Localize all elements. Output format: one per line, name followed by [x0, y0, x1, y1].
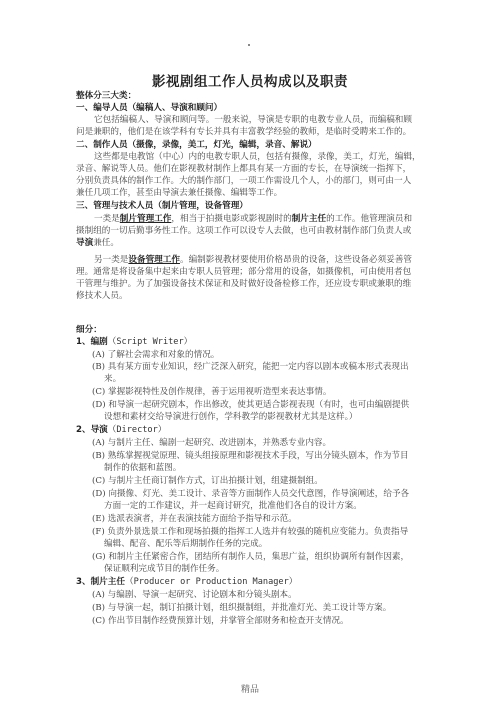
item-marker: (C)	[92, 387, 105, 397]
page-title: 影视剧组工作人员构成以及职责	[76, 70, 424, 90]
bold-term: 导演	[76, 238, 93, 248]
list-item: (D) 和导演一起研究剧本，作出修改，使其更适合影视表现（有时，也可由编剧提供	[92, 400, 409, 411]
paragraph-line: 另一类是设备管理工作。编制影视教材要使用价格昂贵的设备，这些设备必须妥善管	[76, 255, 412, 266]
overview-label: 整体分三大类：	[76, 91, 136, 102]
section-1-heading: 一、编导人员（编稿人、导演和顾问）	[76, 103, 222, 114]
list-item-continuation: 制作的依据和蓝图。	[104, 463, 181, 474]
list-item: (C) 作出节目制作经费预算计划，并掌管全部财务和检查开支情况。	[92, 616, 349, 627]
header-dot	[248, 44, 250, 46]
page-footer: 精品	[0, 682, 500, 695]
list-item: (A) 与编剧、导演一起研究、讨论剧本和分镜头剧本。	[92, 590, 297, 601]
item-marker: (E)	[92, 514, 105, 524]
detail-label: 细分：	[76, 325, 102, 336]
list-item: (C) 与制片主任商订制作方式，订出拍摄计划，组建摄制组。	[92, 476, 323, 487]
item-text: 具有某方面专业知识，经广泛深入研究，能把一定内容以剧本或稿本形式表现出	[108, 362, 409, 372]
item-marker: (C)	[92, 476, 105, 486]
item-marker: (F)	[92, 527, 105, 537]
role-english: （Director）	[108, 425, 167, 435]
paragraph-line: 兼任几项工作，甚至由导演去兼任摄像、编辑等工作。	[76, 188, 282, 199]
item-marker: (B)	[92, 451, 105, 461]
bold-term: 制片主任	[292, 214, 326, 224]
item-marker: (B)	[92, 603, 105, 613]
item-text: 与制片主任商订制作方式，订出拍摄计划，组建摄制组。	[108, 476, 323, 486]
underlined-term: 设备管理工作	[128, 255, 180, 265]
paragraph-line: 这些都是电教馆（中心）内的电教专职人员，包括有摄像，录像，美工，灯光，编辑，	[76, 152, 421, 163]
list-item: (F) 负责外景选景工作和现场拍摄的指挥工人选并有较强的随机应变能力。负责指导	[92, 527, 408, 538]
paragraph-line: 导演兼任。	[76, 238, 119, 249]
paragraph-line: 摄制组的一切后勤事务性工作。这项工作可以设专人去做，也可由教材制作部门负责人或	[76, 226, 411, 237]
list-item: (A) 与制片主任、编剧一起研究、改进剧本，并熟悉专业内容。	[92, 438, 331, 449]
role-english: （Producer or Production Manager）	[125, 577, 297, 587]
role-heading: 2、导演（Director）	[76, 425, 166, 436]
role-number: 1、	[76, 337, 91, 347]
item-marker: (C)	[92, 616, 105, 626]
item-marker: (B)	[92, 362, 105, 372]
text: 的工作。他管理演员和	[326, 214, 412, 224]
role-heading: 1、编剧（Script Writer）	[76, 337, 192, 348]
list-item: (C) 掌握影视特性及创作规律，善于运用视听造型来表达事情。	[92, 387, 331, 398]
text: 另一类是	[94, 255, 128, 265]
paragraph-line: 录音、解说等人员。他们在影视教材制作上都具有某一方面的专长，在导演统一指挥下，	[76, 164, 411, 175]
item-text: 了解社会需求和对象的情况。	[108, 350, 220, 360]
list-item-continuation: 设想和素材交给导演进行创作，学科教学的影视教材尤其是这样。）	[104, 412, 358, 423]
paragraph-line: 干管理与维护。为了加强设备技术保证和及时做好设备检修工作，还应设专职或兼职的维	[76, 279, 411, 290]
list-item: (B) 与导演一起，制订拍摄计划，组织摄制组，并批准灯光、美工设计等方案。	[92, 603, 391, 614]
role-english: （Script Writer）	[108, 337, 192, 347]
item-marker: (A)	[92, 438, 105, 448]
item-text: 掌握影视特性及创作规律，善于运用视听造型来表达事情。	[108, 387, 331, 397]
item-marker: (D)	[92, 489, 106, 499]
paragraph-line: 一类是制片管理工作，相当于拍摄电影或影视剧时的制片主任的工作。他管理演员和	[76, 214, 412, 225]
underlined-term: 制片管理工作	[120, 214, 172, 224]
list-item: (A) 了解社会需求和对象的情况。	[92, 350, 219, 361]
item-text: 负责外景选景工作和现场拍摄的指挥工人选并有较强的随机应变能力。负责指导	[107, 527, 408, 537]
item-text: 和导演一起研究剧本，作出修改，使其更适合影视表现（有时，也可由编剧提供	[108, 400, 409, 410]
item-text: 选派表演者，并在表演技能方面给予指导和示范。	[108, 514, 297, 524]
role-name: 编剧	[91, 337, 108, 347]
item-text: 作出节目制作经费预算计划，并掌管全部财务和检查开支情况。	[108, 616, 349, 626]
list-item: (B) 具有某方面专业知识，经广泛深入研究，能把一定内容以剧本或稿本形式表现出	[92, 362, 409, 373]
role-number: 3、	[76, 577, 91, 587]
list-item-continuation: 来。	[104, 374, 121, 385]
list-item: (D) 向摄像、灯光、美工设计、录音等方面制作人员交代意图，作导演阐述，给予各	[92, 489, 409, 500]
item-marker: (G)	[92, 552, 106, 562]
role-name: 导演	[91, 425, 108, 435]
list-item: (E) 选派表演者，并在表演技能方面给予指导和示范。	[92, 514, 297, 525]
item-marker: (A)	[92, 590, 105, 600]
text: 兼任。	[93, 238, 119, 248]
item-marker: (A)	[92, 350, 105, 360]
item-text: 与导演一起，制订拍摄计划，组织摄制组，并批准灯光、美工设计等方案。	[108, 603, 392, 613]
list-item: (G) 和制片主任紧密合作，团结所有制作人员，集思广益，组织协调所有制作因素，	[92, 552, 409, 563]
section-3-heading: 三、管理与技术人员（制片管理，设备管理）	[76, 201, 248, 212]
paragraph-line: 问是兼职的，他们是在该学科有专长并具有丰富教学经验的教师，是临时受聘来工作的。	[76, 127, 411, 138]
paragraph-line: 理。通常是将设备集中起来由专职人员管理；部分常用的设备，如摄像机，可由使用者包	[76, 267, 411, 278]
item-text: 向摄像、灯光、美工设计、录音等方面制作人员交代意图，作导演阐述，给予各	[108, 489, 409, 499]
paragraph-line: 它包括编稿人、导演和顾问等。一般来说，导演是专职的电教专业人员，而编稿和顾	[76, 115, 412, 126]
text: 。编制影视教材要使用价格昂贵的设备，这些设备必须妥善管	[180, 255, 412, 265]
role-heading: 3、制片主任（Producer or Production Manager）	[76, 577, 297, 588]
item-marker: (D)	[92, 400, 106, 410]
item-text: 与制片主任、编剧一起研究、改进剧本，并熟悉专业内容。	[108, 438, 331, 448]
list-item-continuation: 编辑、配音、配乐等后期制作任务的完成。	[104, 539, 267, 550]
text: 一类是	[94, 214, 120, 224]
text: ，相当于拍摄电影或影视剧时的	[171, 214, 291, 224]
list-item-continuation: 方面一定的工作建议，并一起商讨研究，批准他们各自的设计方案。	[104, 501, 362, 512]
paragraph-line: 修技术人员。	[76, 291, 128, 302]
section-2-heading: 二、制作人员（摄像，录像，美工，灯光，编辑，录音、解说）	[76, 140, 317, 151]
paragraph-line: 分别负责具体的制作工作。大的制作部门，一项工作需设几个人，小的部门，则可由一人	[76, 176, 411, 187]
role-number: 2、	[76, 425, 91, 435]
list-item: (B) 熟练掌握视觉原理、镜头组接原理和影视技术手段，写出分镜头剧本，作为节目	[92, 451, 409, 462]
list-item-continuation: 保证顺利完成节目的制作任务。	[104, 564, 224, 575]
role-name: 制片主任	[91, 577, 125, 587]
item-text: 熟练掌握视觉原理、镜头组接原理和影视技术手段，写出分镜头剧本，作为节目	[108, 451, 409, 461]
item-text: 和制片主任紧密合作，团结所有制作人员，集思广益，组织协调所有制作因素，	[108, 552, 409, 562]
item-text: 与编剧、导演一起研究、讨论剧本和分镜头剧本。	[108, 590, 297, 600]
